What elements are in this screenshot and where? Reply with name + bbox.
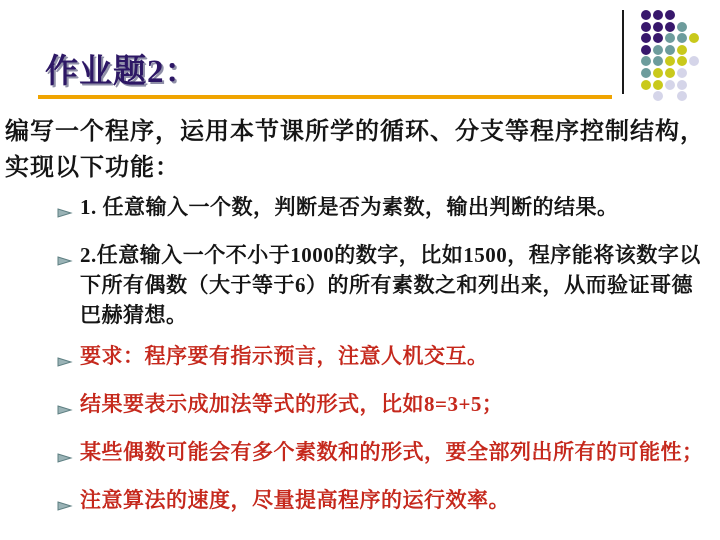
decor-dot [665, 45, 675, 55]
bullet-item: 某些偶数可能会有多个素数和的形式，要全部列出所有的可能性； [57, 437, 707, 474]
vertical-divider-line [622, 10, 624, 94]
bullet-text: 要求：程序要有指示预言，注意人机交互。 [80, 341, 707, 371]
bullet-text: 某些偶数可能会有多个素数和的形式，要全部列出所有的可能性； [80, 437, 707, 467]
bullet-item: 注意算法的速度，尽量提高程序的运行效率。 [57, 485, 707, 522]
decor-dot [653, 33, 663, 43]
presentation-slide: 作业题2： 编写一个程序，运用本节课所学的循环、分支等程序控制结构，实现以下功能… [0, 0, 720, 540]
bullet-item: 1. 任意输入一个数，判断是否为素数，输出判断的结果。 [57, 192, 707, 229]
decor-dot [641, 68, 651, 78]
decor-dot [665, 80, 675, 90]
decor-dot [641, 33, 651, 43]
bullet-text: 结果要表示成加法等式的形式，比如8=3+5； [80, 389, 707, 419]
decor-dot [689, 33, 699, 43]
bullet-list: 1. 任意输入一个数，判断是否为素数，输出判断的结果。2.任意输入一个不小于10… [57, 192, 707, 522]
decor-dot [653, 45, 663, 55]
decor-dot [665, 33, 675, 43]
slide-title: 作业题2： [45, 52, 720, 92]
bullet-text: 2.任意输入一个不小于1000的数字，比如1500，程序能将该数字以下所有偶数（… [80, 240, 707, 330]
decor-dot [653, 10, 663, 20]
decor-dot [665, 68, 675, 78]
decor-dot [653, 91, 663, 101]
arrow-bullet-icon [57, 247, 80, 277]
decor-dot [677, 80, 687, 90]
decor-dot [665, 22, 675, 32]
arrow-bullet-icon [57, 492, 80, 522]
decor-dot [677, 91, 687, 101]
arrow-bullet-icon [57, 396, 80, 426]
decor-dot [653, 80, 663, 90]
decor-dot [641, 10, 651, 20]
decor-dot [677, 45, 687, 55]
decor-dot [677, 68, 687, 78]
bullet-text: 1. 任意输入一个数，判断是否为素数，输出判断的结果。 [80, 192, 707, 222]
decor-dot [653, 22, 663, 32]
title-underline [38, 95, 612, 99]
decor-dot [677, 33, 687, 43]
decor-dot [641, 80, 651, 90]
arrow-bullet-icon [57, 348, 80, 378]
bullet-text: 注意算法的速度，尽量提高程序的运行效率。 [80, 485, 707, 515]
intro-paragraph: 编写一个程序，运用本节课所学的循环、分支等程序控制结构，实现以下功能： [5, 114, 713, 186]
bullet-item: 2.任意输入一个不小于1000的数字，比如1500，程序能将该数字以下所有偶数（… [57, 240, 707, 330]
decor-dot [641, 22, 651, 32]
decor-dot [677, 22, 687, 32]
decor-dot [665, 10, 675, 20]
bullet-item: 结果要表示成加法等式的形式，比如8=3+5； [57, 389, 707, 426]
decor-dot [641, 45, 651, 55]
decor-dot [653, 68, 663, 78]
bullet-item: 要求：程序要有指示预言，注意人机交互。 [57, 341, 707, 378]
arrow-bullet-icon [57, 444, 80, 474]
arrow-bullet-icon [57, 199, 80, 229]
